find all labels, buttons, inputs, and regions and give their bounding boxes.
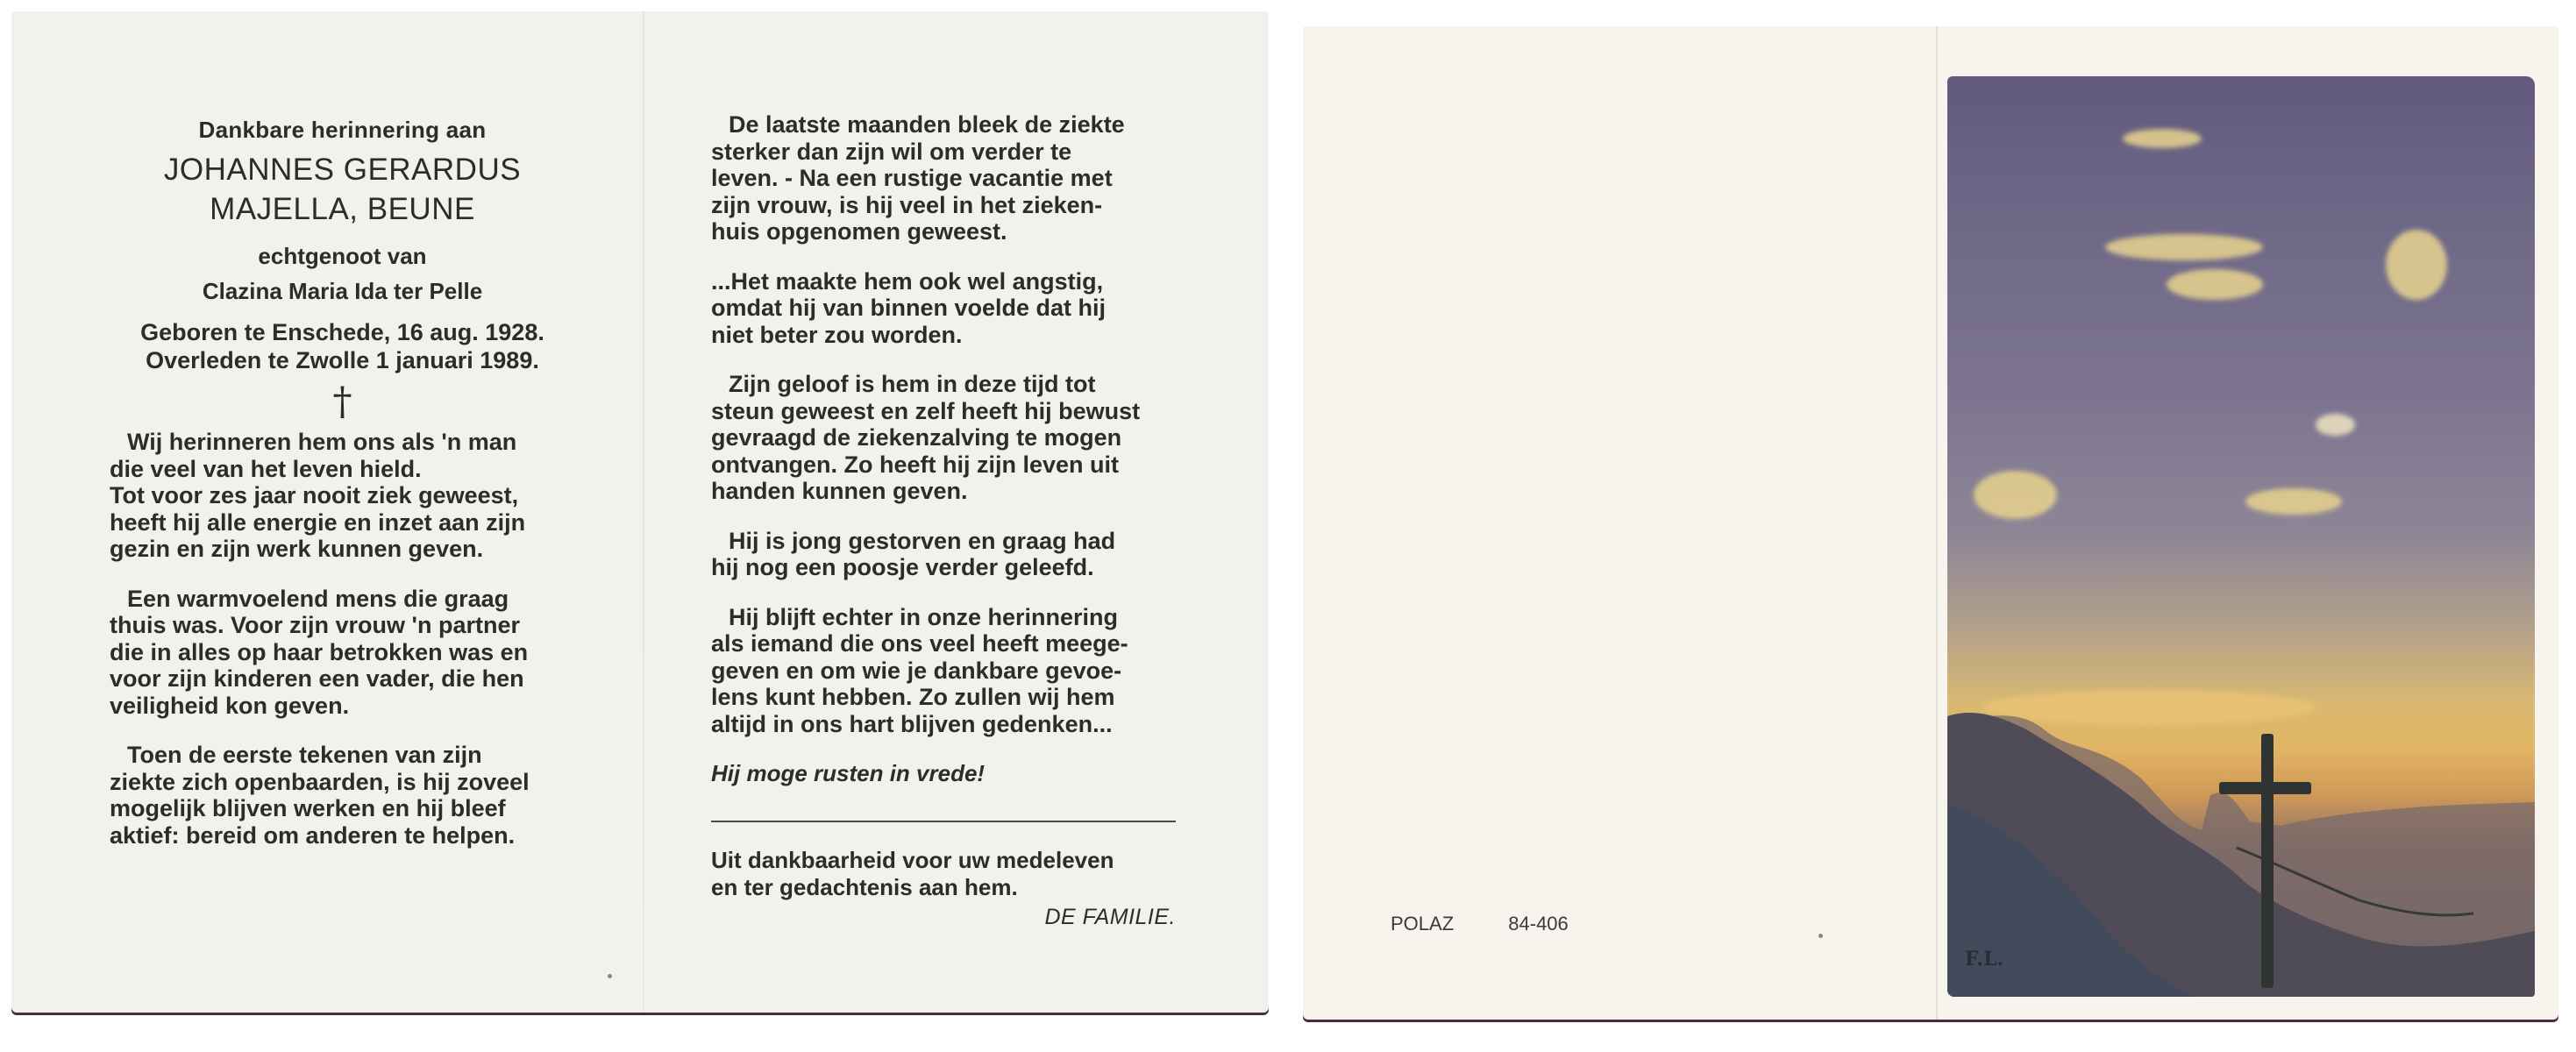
text-line: altijd in ons hart blijven gedenken... bbox=[711, 711, 1177, 738]
watercolor-painting: F.L. bbox=[1947, 76, 2535, 997]
family-signature: DE FAMILIE. bbox=[711, 905, 1176, 930]
paragraph: De laatste maanden bleek de ziektesterke… bbox=[711, 111, 1177, 245]
right-panel: De laatste maanden bleek de ziektesterke… bbox=[711, 106, 1196, 930]
divider-line bbox=[711, 821, 1176, 822]
deceased-name-line2: MAJELLA, BEUNE bbox=[99, 189, 586, 229]
card-fold bbox=[643, 11, 644, 1013]
right-panel-body: De laatste maanden bleek de ziektesterke… bbox=[711, 111, 1196, 737]
cross-beam bbox=[2219, 782, 2311, 794]
card-fold bbox=[1936, 26, 1938, 1020]
left-panel-body: Wij herinneren hem ons als 'n mandie vee… bbox=[99, 429, 586, 849]
text-line: hij nog een poosje verder geleefd. bbox=[711, 554, 1177, 581]
text-line: ontvangen. Zo heeft hij zijn leven uit bbox=[711, 451, 1177, 479]
text-line: die in alles op haar betrokken was en bbox=[110, 639, 566, 666]
paragraph: Wij herinneren hem ons als 'n mandie vee… bbox=[110, 429, 566, 563]
printer-code: 84-406 bbox=[1508, 913, 1569, 935]
text-line: mogelijk blijven werken en hij bleef bbox=[110, 795, 566, 822]
text-line: Hij is jong gestorven en graag had bbox=[711, 528, 1177, 555]
cross-icon: † bbox=[99, 383, 586, 422]
printer-mark: POLAZ 84-406 bbox=[1391, 913, 1618, 935]
text-line: gezin en zijn werk kunnen geven. bbox=[110, 536, 566, 563]
text-line: Wij herinneren hem ons als 'n man bbox=[110, 429, 566, 456]
death-line: Overleden te Zwolle 1 januari 1989. bbox=[99, 346, 586, 374]
text-line: steun geweest en zelf heeft hij bewust bbox=[711, 398, 1177, 425]
thanks-line1: Uit dankbaarheid voor uw medeleven bbox=[711, 847, 1196, 874]
spouse-name: Clazina Maria Ida ter Pelle bbox=[99, 276, 586, 306]
memorial-card-outside: POLAZ 84-406 F.L. bbox=[1303, 26, 2558, 1020]
text-line: Hij blijft echter in onze herinnering bbox=[711, 604, 1177, 631]
paper-speck bbox=[1818, 934, 1823, 938]
birth-line: Geboren te Enschede, 16 aug. 1928. bbox=[99, 318, 586, 346]
text-line: zijn vrouw, is hij veel in het zieken- bbox=[711, 192, 1177, 219]
paragraph: ...Het maakte hem ook wel angstig,omdat … bbox=[711, 268, 1177, 349]
text-line: Tot voor zes jaar nooit ziek geweest, bbox=[110, 482, 566, 509]
memorial-card-inside: Dankbare herinnering aan JOHANNES GERARD… bbox=[11, 11, 1269, 1013]
paper-speck bbox=[608, 974, 612, 978]
text-line: Een warmvoelend mens die graag bbox=[110, 586, 566, 613]
spouse-label: echtgenoot van bbox=[99, 241, 586, 271]
text-line: aktief: bereid om anderen te helpen. bbox=[110, 822, 566, 849]
text-line: handen kunnen geven. bbox=[711, 478, 1177, 505]
text-line: thuis was. Voor zijn vrouw 'n partner bbox=[110, 612, 566, 639]
rest-in-peace-line: Hij moge rusten in vrede! bbox=[711, 760, 1196, 787]
paragraph: Toen de eerste tekenen van zijnziekte zi… bbox=[110, 742, 566, 849]
artist-signature: F.L. bbox=[1965, 948, 2003, 970]
text-line: leven. - Na een rustige vacantie met bbox=[711, 165, 1177, 192]
text-line: huis opgenomen geweest. bbox=[711, 218, 1177, 245]
hill-silhouette bbox=[1947, 76, 2535, 997]
paragraph: Een warmvoelend mens die graagthuis was.… bbox=[110, 586, 566, 720]
text-line: ziekte zich openbaarden, is hij zoveel bbox=[110, 769, 566, 796]
text-line: niet beter zou worden. bbox=[711, 322, 1177, 349]
text-line: die veel van het leven hield. bbox=[110, 456, 566, 483]
text-line: als iemand die ons veel heeft meege- bbox=[711, 630, 1177, 657]
text-line: omdat hij van binnen voelde dat hij bbox=[711, 295, 1177, 322]
text-line: Toen de eerste tekenen van zijn bbox=[110, 742, 566, 769]
text-line: voor zijn kinderen een vader, die hen bbox=[110, 665, 566, 693]
text-line: heeft hij alle energie en inzet aan zijn bbox=[110, 509, 566, 537]
text-line: sterker dan zijn wil om verder te bbox=[711, 139, 1177, 166]
paragraph: Hij is jong gestorven en graag hadhij no… bbox=[711, 528, 1177, 581]
text-line: Zijn geloof is hem in deze tijd tot bbox=[711, 371, 1177, 398]
cross-post bbox=[2261, 734, 2274, 988]
text-line: geven en om wie je dankbare gevoe- bbox=[711, 657, 1177, 685]
deceased-name-line1: JOHANNES GERARDUS bbox=[99, 150, 586, 189]
text-line: lens kunt hebben. Zo zullen wij hem bbox=[711, 684, 1177, 711]
paragraph: Zijn geloof is hem in deze tijd totsteun… bbox=[711, 371, 1177, 505]
intro-heading: Dankbare herinnering aan bbox=[99, 115, 586, 145]
text-line: veiligheid kon geven. bbox=[110, 693, 566, 720]
thanks-line2: en ter gedachtenis aan hem. bbox=[711, 874, 1196, 901]
text-line: ...Het maakte hem ook wel angstig, bbox=[711, 268, 1177, 295]
paragraph: Hij blijft echter in onze herinneringals… bbox=[711, 604, 1177, 738]
left-panel: Dankbare herinnering aan JOHANNES GERARD… bbox=[99, 106, 586, 871]
printer-name: POLAZ bbox=[1391, 913, 1454, 935]
text-line: De laatste maanden bleek de ziekte bbox=[711, 111, 1177, 139]
text-line: gevraagd de ziekenzalving te mogen bbox=[711, 424, 1177, 451]
